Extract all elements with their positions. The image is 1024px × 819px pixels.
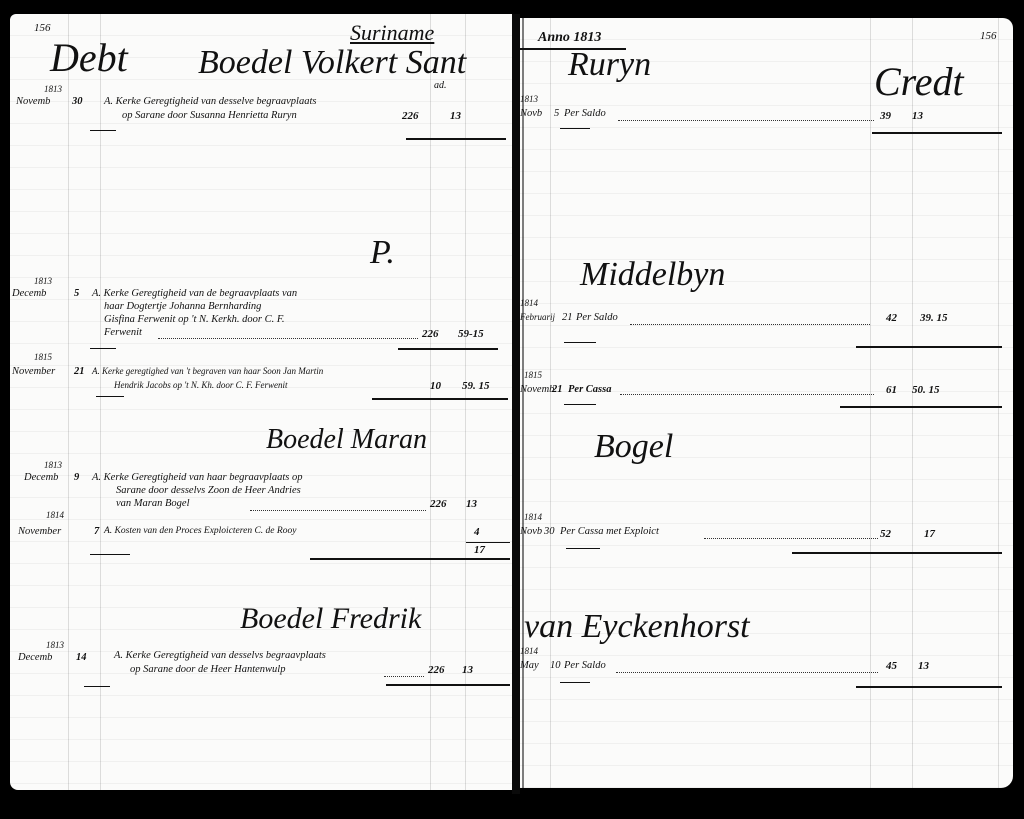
amount-guilders: 10 <box>430 380 441 392</box>
margin-line <box>68 14 69 790</box>
section-header: Boedel Fredrik <box>240 602 421 636</box>
total-rule <box>310 558 510 560</box>
section-header: Ruryn <box>568 46 651 84</box>
amount-stivers: 39. 15 <box>920 312 948 324</box>
total-rule <box>406 138 506 140</box>
entry-year: 1815 <box>524 370 542 380</box>
entry-year: 1813 <box>520 94 538 104</box>
entry-text: haar Dogtertje Johanna Bernharding <box>104 301 261 312</box>
entry-text: van Maran Bogel <box>116 498 190 509</box>
entry-text: A. Kerke Geregtigheid van haar begraavpl… <box>92 472 302 483</box>
entry-day: 7 <box>94 526 99 537</box>
entry-day: 5 <box>554 108 559 119</box>
total-rule <box>856 686 1002 688</box>
total-rule <box>398 348 498 350</box>
entry-text: A. Kerke Geregtigheid van de begraavplaa… <box>92 288 297 299</box>
entry-month: Novemb <box>16 96 50 107</box>
amount-stivers: 13 <box>450 110 461 122</box>
entry-month: Novb <box>520 526 542 537</box>
entry-text: Gisfina Ferwenit op 't N. Kerkh. door C.… <box>104 314 285 325</box>
entry-month: Februarij <box>520 312 555 322</box>
debit-heading: Debt <box>50 34 128 81</box>
section-header: Boedel Maran <box>266 424 427 456</box>
entry-month: November <box>12 366 55 377</box>
entry-text: op Sarane door Susanna Henrietta Ruryn <box>122 110 297 121</box>
entry-day: 21 <box>562 312 573 323</box>
amount-stivers: 13 <box>466 498 477 510</box>
entry-month: May <box>520 660 539 671</box>
entry-day: 9 <box>74 472 79 483</box>
amount-guilders: 52 <box>880 528 891 540</box>
entry-text: Per Cassa met Exploict <box>560 526 659 537</box>
amount-stivers: 17 <box>924 528 935 540</box>
underline <box>564 404 596 405</box>
leader-dots <box>616 672 878 673</box>
entry-text: A. Kerke geregtighed van 't begraven van… <box>92 366 323 376</box>
entry-text: op Sarane door de Heer Hantenwulp <box>130 664 285 675</box>
page-number: 156 <box>34 22 51 34</box>
amount-stivers: 50. 15 <box>912 384 940 396</box>
entry-day: 5 <box>74 288 79 299</box>
entry-month: Novb <box>520 108 542 119</box>
amount-guilders: 61 <box>886 384 897 396</box>
entry-year: 1814 <box>520 646 538 656</box>
amount-extra: 17 <box>474 544 485 556</box>
entry-text: Hendrik Jacobs op 't N. Kh. door C. F. F… <box>114 380 288 390</box>
total-rule <box>386 684 510 686</box>
margin-line <box>522 18 524 788</box>
underline <box>84 686 110 687</box>
leader-dots <box>250 510 426 511</box>
top-title: Anno 1813 <box>538 30 601 46</box>
section-header: van Eyckenhorst <box>524 608 750 646</box>
entry-text: A. Kerke Geregtigheid van desselve begra… <box>104 96 316 107</box>
entry-text: Per Cassa <box>568 384 611 395</box>
leader-dots <box>158 338 418 339</box>
entry-month: Decemb <box>24 472 58 483</box>
amount-guilders: 226 <box>428 664 445 676</box>
total-rule <box>856 346 1002 348</box>
entry-day: 21 <box>74 366 85 377</box>
entry-day: 30 <box>544 526 555 537</box>
amount-stivers: 59. 15 <box>462 380 490 392</box>
entry-year: 1813 <box>46 640 64 650</box>
underline <box>90 348 116 349</box>
leader-dots <box>620 394 874 395</box>
total-rule <box>840 406 1002 408</box>
amount-stivers: 13 <box>918 660 929 672</box>
amount-guilders: 45 <box>886 660 897 672</box>
entry-text: Per Saldo <box>564 108 606 119</box>
amount-guilders: 226 <box>430 498 447 510</box>
entry-text: Per Saldo <box>564 660 606 671</box>
entry-text: Per Saldo <box>576 312 618 323</box>
account-sub: ad. <box>434 80 447 91</box>
amount-stivers: 13 <box>912 110 923 122</box>
underline <box>560 682 590 683</box>
underline <box>564 342 596 343</box>
entry-year: 1814 <box>524 512 542 522</box>
entry-year: 1815 <box>34 352 52 362</box>
amount-stivers: 13 <box>462 664 473 676</box>
leader-dots <box>704 538 878 539</box>
book-spine <box>512 14 520 794</box>
underline <box>560 128 590 129</box>
section-header: Bogel <box>594 428 673 466</box>
leader-dots <box>618 120 874 121</box>
entry-month: Decemb <box>12 288 46 299</box>
amount-stivers: 59-15 <box>458 328 484 340</box>
credit-heading: Credt <box>874 58 964 105</box>
top-title: Suriname <box>350 20 434 46</box>
entry-month: November <box>18 526 61 537</box>
amount-guilders: 226 <box>402 110 419 122</box>
entry-month: Decemb <box>18 652 52 663</box>
total-rule <box>792 552 1002 554</box>
entry-text: Sarane door desselvs Zoon de Heer Andrie… <box>116 485 301 496</box>
underline <box>96 396 124 397</box>
entry-day: 30 <box>72 96 83 107</box>
page-number: 156 <box>980 30 997 42</box>
left-ledger-page: 156 Debt Suriname Boedel Volkert Sant ad… <box>10 14 512 790</box>
entry-text: A. Kerke Geregtigheid van desselvs begra… <box>114 650 326 661</box>
total-rule <box>872 132 1002 134</box>
total-rule <box>372 398 508 400</box>
entry-year: 1813 <box>34 276 52 286</box>
entry-text: Ferwenit <box>104 327 142 338</box>
entry-day: 10 <box>550 660 561 671</box>
entry-month: Novemb <box>520 384 554 395</box>
underline <box>90 554 130 555</box>
entry-year: 1813 <box>44 460 62 470</box>
amount-guilders: 39 <box>880 110 891 122</box>
section-header: Middelbyn <box>580 256 725 294</box>
entry-text: A. Kosten van den Proces Exploicteren C.… <box>104 526 296 536</box>
margin-line <box>550 18 551 788</box>
amount-guilders: 226 <box>422 328 439 340</box>
right-ledger-page: Anno 1813 156 Credt Ruryn 1813 Novb 5 Pe… <box>520 18 1013 788</box>
subtotal-rule <box>466 542 510 543</box>
entry-year: 1814 <box>46 510 64 520</box>
entry-year: 1814 <box>520 298 538 308</box>
entry-day: 14 <box>76 652 87 663</box>
account-header: Boedel Volkert Sant <box>198 44 466 82</box>
section-header: P. <box>370 234 395 272</box>
amount-stivers: 4 <box>474 526 480 538</box>
underline <box>566 548 600 549</box>
underline <box>90 130 116 131</box>
leader-dots <box>384 676 424 677</box>
entry-year: 1813 <box>44 84 62 94</box>
amount-guilders: 42 <box>886 312 897 324</box>
entry-day: 21 <box>552 384 563 395</box>
leader-dots <box>630 324 870 325</box>
